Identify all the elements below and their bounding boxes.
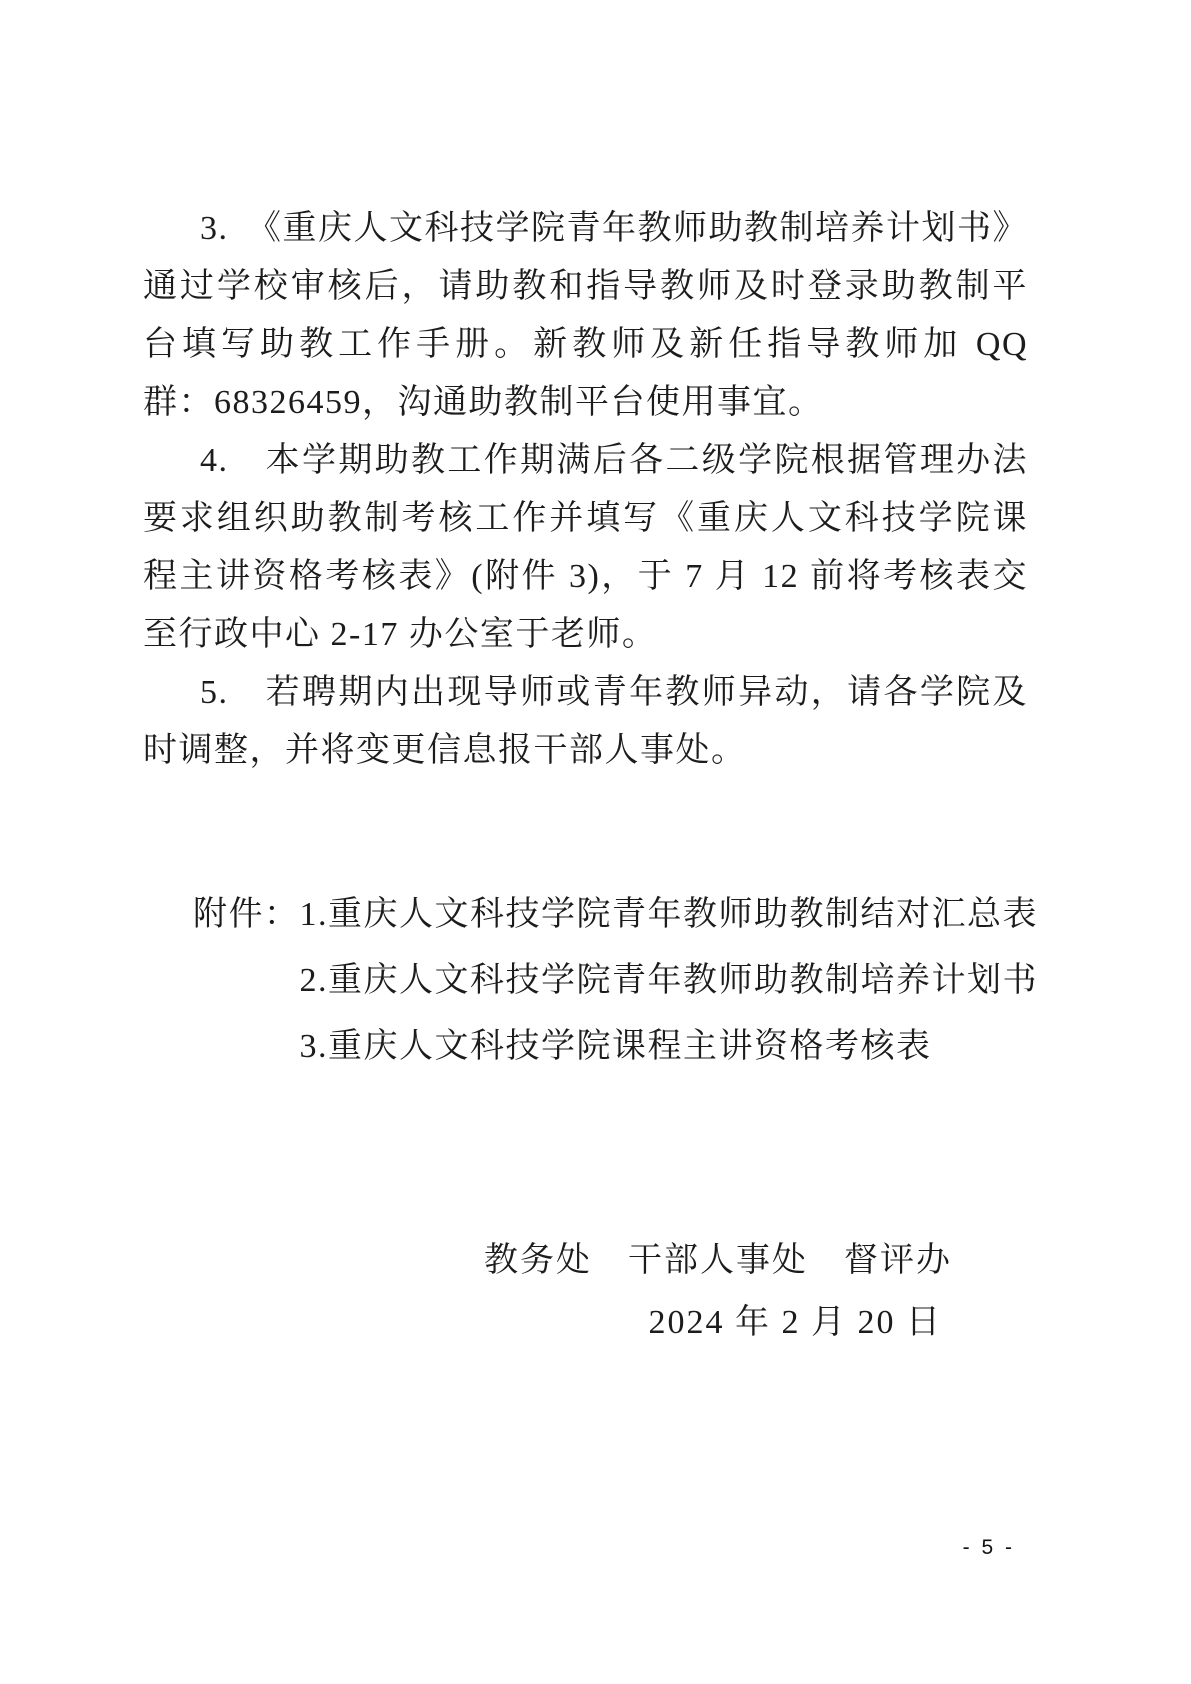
attachment-item-1: 1.重庆人文科技学院青年教师助教制结对汇总表 <box>300 882 1039 948</box>
attachment-item-3: 3.重庆人文科技学院课程主讲资格考核表 <box>300 1014 1039 1080</box>
paragraph-item-3: 3. 《重庆人文科技学院青年教师助教制培养计划书》通过学校审核后，请助教和指导教… <box>143 200 1028 432</box>
document-page: 3. 《重庆人文科技学院青年教师助教制培养计划书》通过学校审核后，请助教和指导教… <box>0 0 1191 1684</box>
signature-block: 教务处 干部人事处 督评办 2024 年 2 月 20 日 <box>143 1230 1028 1354</box>
attachments-section: 附件： 1.重庆人文科技学院青年教师助教制结对汇总表 2.重庆人文科技学院青年教… <box>143 882 1028 1080</box>
paragraph-item-4: 4. 本学期助教工作期满后各二级学院根据管理办法要求组织助教制考核工作并填写《重… <box>143 432 1028 664</box>
document-body: 3. 《重庆人文科技学院青年教师助教制培养计划书》通过学校审核后，请助教和指导教… <box>143 200 1028 1354</box>
issuing-departments: 教务处 干部人事处 督评办 <box>143 1230 952 1292</box>
paragraph-item-5: 5. 若聘期内出现导师或青年教师异动，请各学院及时调整，并将变更信息报干部人事处… <box>143 664 1028 780</box>
attachment-item-2: 2.重庆人文科技学院青年教师助教制培养计划书 <box>300 948 1039 1014</box>
attachments-label: 附件： <box>193 882 300 948</box>
issue-date: 2024 年 2 月 20 日 <box>143 1292 952 1354</box>
attachments-list: 1.重庆人文科技学院青年教师助教制结对汇总表 2.重庆人文科技学院青年教师助教制… <box>300 882 1039 1080</box>
page-number: - 5 - <box>963 1536 1015 1560</box>
